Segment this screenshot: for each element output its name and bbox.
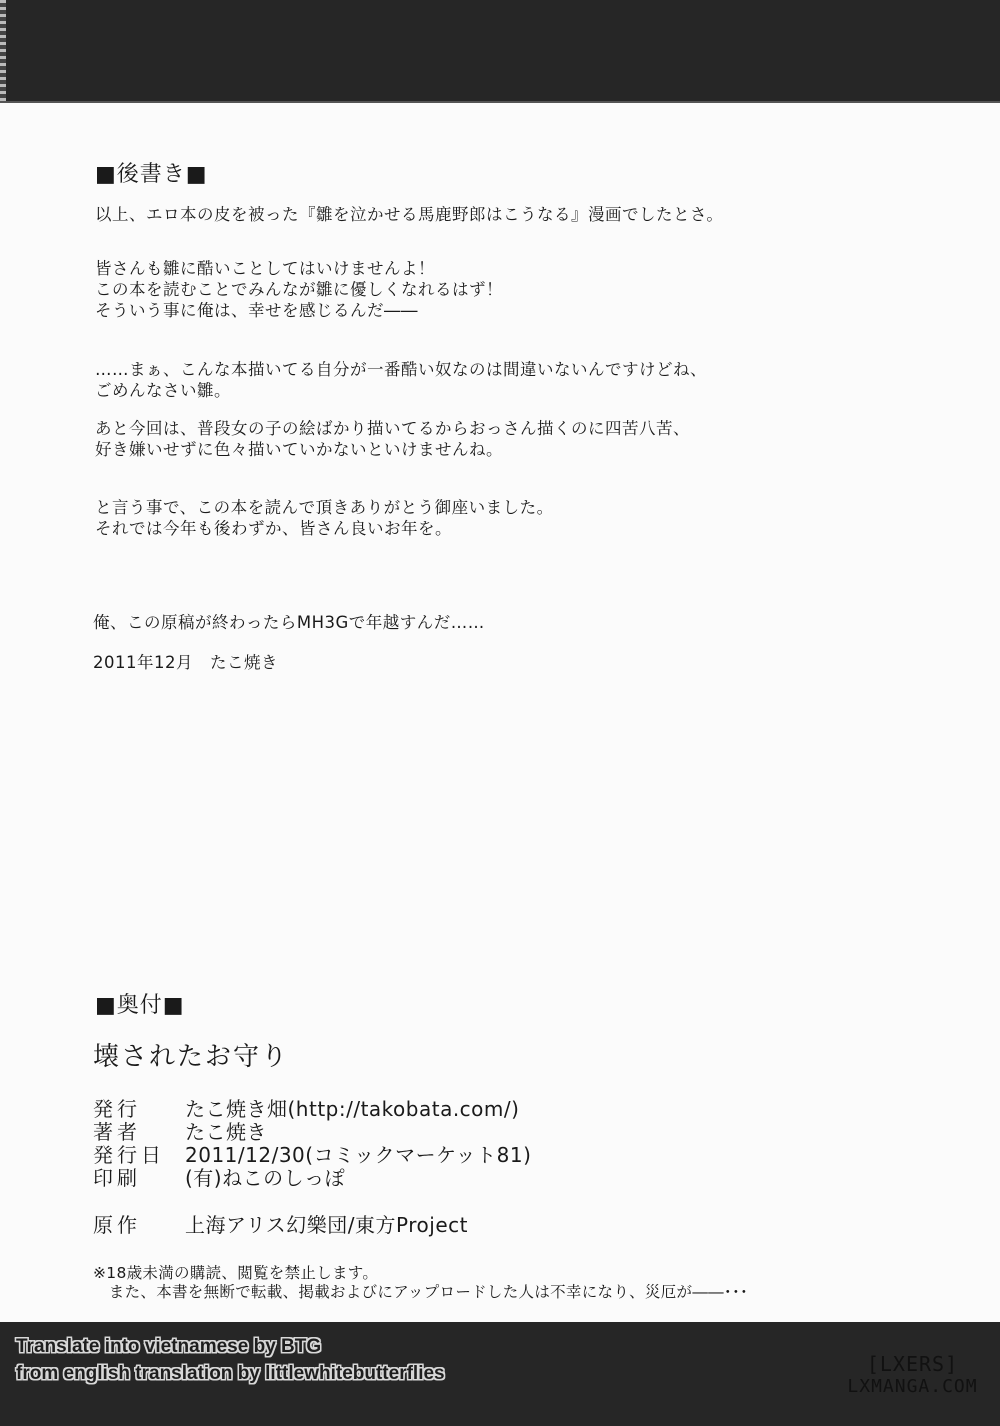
text-line: と言う事で、この本を読んで頂きありがとう御座いました。 bbox=[95, 497, 554, 518]
text-line: ごめんなさい雛。 bbox=[95, 380, 707, 401]
colophon-key: 発行日 bbox=[93, 1144, 185, 1167]
afterword-signature: 2011年12月 たこ焼き bbox=[93, 652, 278, 673]
notice-line: また、本書を無断で転載、掲載およびにアップロードした人は不幸になり、災厄が――･… bbox=[93, 1283, 748, 1302]
watermark-group: [LXERS] bbox=[835, 1352, 990, 1376]
notice-line: ※18歳未満の購読、閲覧を禁止します。 bbox=[93, 1264, 748, 1283]
text-line: それでは今年も後わずか、皆さん良いお年を。 bbox=[95, 518, 554, 539]
top-dark-band bbox=[0, 0, 1000, 103]
scan-edge bbox=[0, 0, 6, 101]
colophon-key: 著者 bbox=[93, 1121, 185, 1144]
colophon-value: たこ焼き bbox=[185, 1121, 267, 1144]
watermark-site: LXMANGA.COM bbox=[835, 1376, 990, 1397]
text-line: 俺、この原稿が終わったらMH3Gで年越すんだ…… bbox=[93, 612, 485, 633]
afterword-paragraph-6: 俺、この原稿が終わったらMH3Gで年越すんだ…… bbox=[93, 612, 485, 633]
colophon-key: 印刷 bbox=[93, 1167, 185, 1190]
afterword-paragraph-1: 以上、エロ本の皮を被った『雛を泣かせる馬鹿野郎はこうなる』漫画でしたとさ。 bbox=[95, 204, 723, 225]
colophon-row-printer: 印刷 (有)ねこのしっぽ bbox=[93, 1167, 531, 1190]
afterword-paragraph-4: あと今回は、普段女の子の絵ばかり描いてるからおっさん描くのに四苦八苦、 好き嫌い… bbox=[95, 418, 690, 460]
colophon-value: 上海アリス幻樂団/東方Project bbox=[185, 1214, 468, 1237]
colophon-value: たこ焼き畑(http://takobata.com/) bbox=[185, 1098, 519, 1121]
site-watermark: [LXERS] LXMANGA.COM bbox=[835, 1352, 990, 1397]
translation-credits: Translate into vietnamese by BTG from en… bbox=[16, 1333, 445, 1387]
book-title: 壊されたお守り bbox=[93, 1036, 289, 1073]
colophon-row-author: 著者 たこ焼き bbox=[93, 1121, 531, 1144]
afterword-paragraph-3: ……まぁ、こんな本描いてる自分が一番酷い奴なのは間違いないんですけどね、 ごめん… bbox=[95, 359, 707, 401]
age-notice: ※18歳未満の購読、閲覧を禁止します。 また、本書を無断で転載、掲載およびにアッ… bbox=[93, 1264, 748, 1302]
text-line: 皆さんも雛に酷いことしてはいけませんよ！ bbox=[95, 258, 503, 279]
colophon-key: 発行 bbox=[93, 1098, 185, 1121]
colophon-row-date: 発行日 2011/12/30(コミックマーケット81) bbox=[93, 1144, 531, 1167]
text-line: そういう事に俺は、幸せを感じるんだ―― bbox=[95, 300, 503, 321]
text-line: ……まぁ、こんな本描いてる自分が一番酷い奴なのは間違いないんですけどね、 bbox=[95, 359, 707, 380]
colophon-heading: ■奥付■ bbox=[95, 988, 185, 1019]
afterword-paragraph-5: と言う事で、この本を読んで頂きありがとう御座いました。 それでは今年も後わずか、… bbox=[95, 497, 554, 539]
text-line: あと今回は、普段女の子の絵ばかり描いてるからおっさん描くのに四苦八苦、 bbox=[95, 418, 690, 439]
colophon-key: 原作 bbox=[93, 1214, 185, 1237]
text-line: 以上、エロ本の皮を被った『雛を泣かせる馬鹿野郎はこうなる』漫画でしたとさ。 bbox=[95, 204, 723, 225]
afterword-heading: ■後書き■ bbox=[95, 157, 208, 188]
afterword-paragraph-2: 皆さんも雛に酷いことしてはいけませんよ！ この本を読むことでみんなが雛に優しくな… bbox=[95, 258, 503, 321]
colophon-row-original: 原作 上海アリス幻樂団/東方Project bbox=[93, 1214, 468, 1237]
text-line: 好き嫌いせずに色々描いていかないといけませんね。 bbox=[95, 439, 690, 460]
credit-line-2: from english translation by littlewhiteb… bbox=[16, 1360, 445, 1387]
colophon-table: 発行 たこ焼き畑(http://takobata.com/) 著者 たこ焼き 発… bbox=[93, 1098, 531, 1190]
text-line: この本を読むことでみんなが雛に優しくなれるはず！ bbox=[95, 279, 503, 300]
colophon-row-publisher: 発行 たこ焼き畑(http://takobata.com/) bbox=[93, 1098, 531, 1121]
credit-line-1: Translate into vietnamese by BTG bbox=[16, 1333, 445, 1360]
colophon-value: (有)ねこのしっぽ bbox=[185, 1167, 345, 1190]
colophon-value: 2011/12/30(コミックマーケット81) bbox=[185, 1144, 531, 1167]
